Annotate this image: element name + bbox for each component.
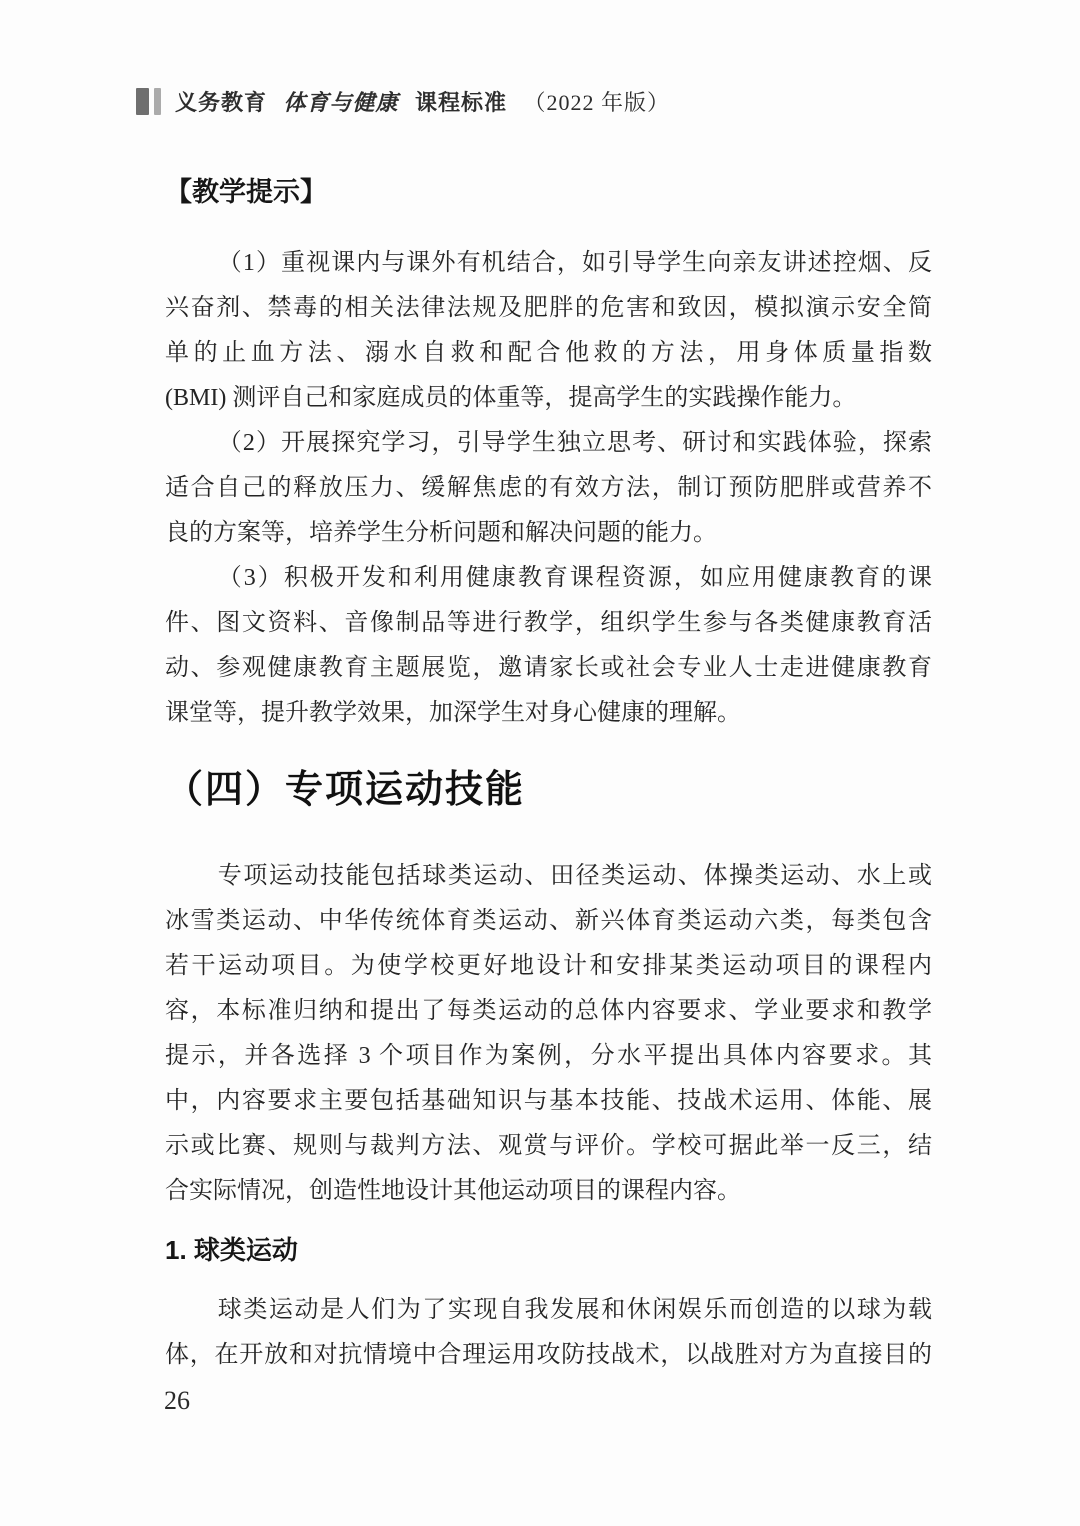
- document-page: 义务教育 体育与健康 课程标准 （2022 年版） 【教学提示】（1）重视课内与…: [0, 0, 1080, 1526]
- paragraph-line: 动、参观健康教育主题展览，邀请家长或社会专业人士走进健康教育: [165, 646, 932, 691]
- paragraph-line: （1）重视课内与课外有机结合，如引导学生向亲友讲述控烟、反: [165, 241, 932, 286]
- header-series: 义务教育: [175, 90, 267, 115]
- paragraph: 球类运动是人们为了实现自我发展和休闲娱乐而创造的以球为载体，在开放和对抗情境中合…: [165, 1288, 932, 1378]
- paragraph-line: 示或比赛、规则与裁判方法、观赏与评价。学校可据此举一反三，结: [165, 1124, 932, 1169]
- header-title: 义务教育 体育与健康 课程标准 （2022 年版）: [175, 86, 670, 117]
- document-body: 【教学提示】（1）重视课内与课外有机结合，如引导学生向亲友讲述控烟、反兴奋剂、禁…: [165, 170, 932, 1378]
- paragraph-line: 合实际情况，创造性地设计其他运动项目的课程内容。: [165, 1169, 932, 1214]
- header-subject: 体育与健康: [284, 90, 399, 115]
- paragraph: （2）开展探究学习，引导学生独立思考、研讨和实践体验，探索适合自己的释放压力、缓…: [165, 421, 932, 556]
- section-heading: （四）专项运动技能: [165, 762, 932, 818]
- page-number: 26: [164, 1386, 190, 1416]
- paragraph-line: 提示，并各选择 3 个项目作为案例，分水平提出具体内容要求。其: [165, 1034, 932, 1079]
- paragraph-line: （2）开展探究学习，引导学生独立思考、研讨和实践体验，探索: [165, 421, 932, 466]
- paragraph-line: 良的方案等，培养学生分析问题和解决问题的能力。: [165, 511, 932, 556]
- paragraph-line: 兴奋剂、禁毒的相关法律法规及肥胖的危害和致因，模拟演示安全简: [165, 286, 932, 331]
- paragraph-line: 课堂等，提升教学效果，加深学生对身心健康的理解。: [165, 691, 932, 736]
- paragraph: （1）重视课内与课外有机结合，如引导学生向亲友讲述控烟、反兴奋剂、禁毒的相关法律…: [165, 241, 932, 421]
- paragraph-line: 冰雪类运动、中华传统体育类运动、新兴体育类运动六类，每类包含: [165, 899, 932, 944]
- section-label: 【教学提示】: [165, 170, 932, 215]
- paragraph-line: 单的止血方法、溺水自救和配合他救的方法，用身体质量指数: [165, 331, 932, 376]
- paragraph-line: 专项运动技能包括球类运动、田径类运动、体操类运动、水上或: [165, 854, 932, 899]
- sub-heading: 1. 球类运动: [165, 1228, 932, 1272]
- header-doc-type: 课程标准: [415, 90, 507, 115]
- paragraph-line: 件、图文资料、音像制品等进行教学，组织学生参与各类健康教育活: [165, 601, 932, 646]
- paragraph-line: 中，内容要求主要包括基础知识与基本技能、技战术运用、体能、展: [165, 1079, 932, 1124]
- paragraph-line: 球类运动是人们为了实现自我发展和休闲娱乐而创造的以球为载: [165, 1288, 932, 1333]
- paragraph-line: 若干运动项目。为使学校更好地设计和安排某类运动项目的课程内: [165, 944, 932, 989]
- running-header: 义务教育 体育与健康 课程标准 （2022 年版）: [136, 86, 670, 117]
- paragraph: 专项运动技能包括球类运动、田径类运动、体操类运动、水上或冰雪类运动、中华传统体育…: [165, 854, 932, 1214]
- paragraph-line: 适合自己的释放压力、缓解焦虑的有效方法，制订预防肥胖或营养不: [165, 466, 932, 511]
- paragraph-line: （3）积极开发和利用健康教育课程资源，如应用健康教育的课: [165, 556, 932, 601]
- header-bar-dark-icon: [136, 88, 149, 115]
- header-edition: （2022 年版）: [524, 90, 671, 115]
- paragraph: （3）积极开发和利用健康教育课程资源，如应用健康教育的课件、图文资料、音像制品等…: [165, 556, 932, 736]
- paragraph-line: (BMI) 测评自己和家庭成员的体重等，提高学生的实践操作能力。: [165, 376, 932, 421]
- paragraph-line: 容，本标准归纳和提出了每类运动的总体内容要求、学业要求和教学: [165, 989, 932, 1034]
- paragraph-line: 体，在开放和对抗情境中合理运用攻防技战术，以战胜对方为直接目的: [165, 1333, 932, 1378]
- header-bar-light-icon: [154, 88, 161, 115]
